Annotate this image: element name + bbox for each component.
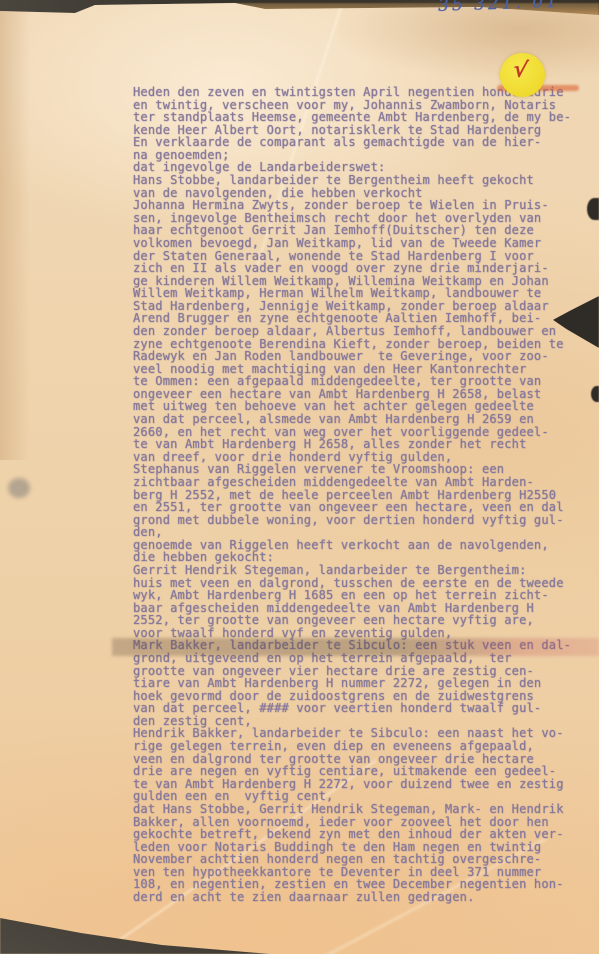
document-line: rige gelegen terrein, even diep en evene… bbox=[133, 740, 585, 753]
document-line: ter standplaats Heemse, gemeente Ambt Ha… bbox=[133, 111, 585, 124]
document-line: grond, uitgeveend en op het terrein afge… bbox=[133, 652, 585, 665]
document-line: te van Ambt Hardenberg H 2658, alles zon… bbox=[133, 438, 585, 451]
document-line: en 2551, ter grootte van ongeveer een he… bbox=[133, 501, 585, 514]
paper-stain bbox=[339, 8, 599, 78]
document-line: Radewyk en Jan Roden landbouwer te Gever… bbox=[133, 350, 585, 363]
paper-smudge bbox=[8, 478, 30, 498]
document-line: En verklaarde de comparant als gemachtig… bbox=[133, 136, 585, 149]
document-line: te Ommen: een afgepaald middengedeelte, … bbox=[133, 375, 585, 388]
document-line: dat Hans Stobbe, Gerrit Hendrik Stegeman… bbox=[133, 803, 585, 816]
document-line: November achttien honderd negen en tacht… bbox=[133, 853, 585, 866]
document-line: gekochte betreft, bekend zyn met den inh… bbox=[133, 828, 585, 841]
paper-tear bbox=[587, 198, 599, 220]
yellow-check-sticker: √ bbox=[500, 53, 545, 97]
document-line: tiare van Ambt Hardenberg H nummer 2272,… bbox=[133, 677, 585, 690]
document-line: Johanna Hermina Zwyts, zonder beroep te … bbox=[133, 199, 585, 212]
document-line: den zonder beroep aldaar, Albertus Iemho… bbox=[133, 325, 585, 338]
document-line: volkomen bevoegd, Jan Weitkamp, lid van … bbox=[133, 237, 585, 250]
document-line: derd en acht te zien daarnaar zullen ged… bbox=[133, 891, 585, 904]
document-line: Hans Stobbe, landarbeider te Bergentheim… bbox=[133, 174, 585, 187]
document-line: Willem Weitkamp, Herman Wilhelm Weitkamp… bbox=[133, 287, 585, 300]
document-line: 2552, ter grootte van ongeveer een hecta… bbox=[133, 614, 585, 627]
document-photo: Heden den zeven en twintigsten April neg… bbox=[0, 0, 599, 954]
paper-stain bbox=[0, 0, 30, 460]
document-text: Heden den zeven en twintigsten April neg… bbox=[133, 86, 585, 904]
document-line: zichtbaar afgescheiden middengedeelte va… bbox=[133, 476, 585, 489]
paper-tear bbox=[591, 386, 599, 402]
document-line: den, bbox=[133, 526, 585, 539]
document-line: drie are negen en vyftig centiare, uitma… bbox=[133, 765, 585, 778]
checkmark-icon: √ bbox=[512, 59, 530, 83]
document-line: zich en II als vader en voogd over zyne … bbox=[133, 262, 585, 275]
document-line: van dat perceel, alsmede van Ambt Harden… bbox=[133, 413, 585, 426]
document-line: wyk, Ambt Hardenberg H 1685 en een op he… bbox=[133, 589, 585, 602]
document-line: Gerrit Hendrik Stegeman, landarbeider te… bbox=[133, 564, 585, 577]
document-line: grond met dubbele woning, voor dertien h… bbox=[133, 514, 585, 527]
